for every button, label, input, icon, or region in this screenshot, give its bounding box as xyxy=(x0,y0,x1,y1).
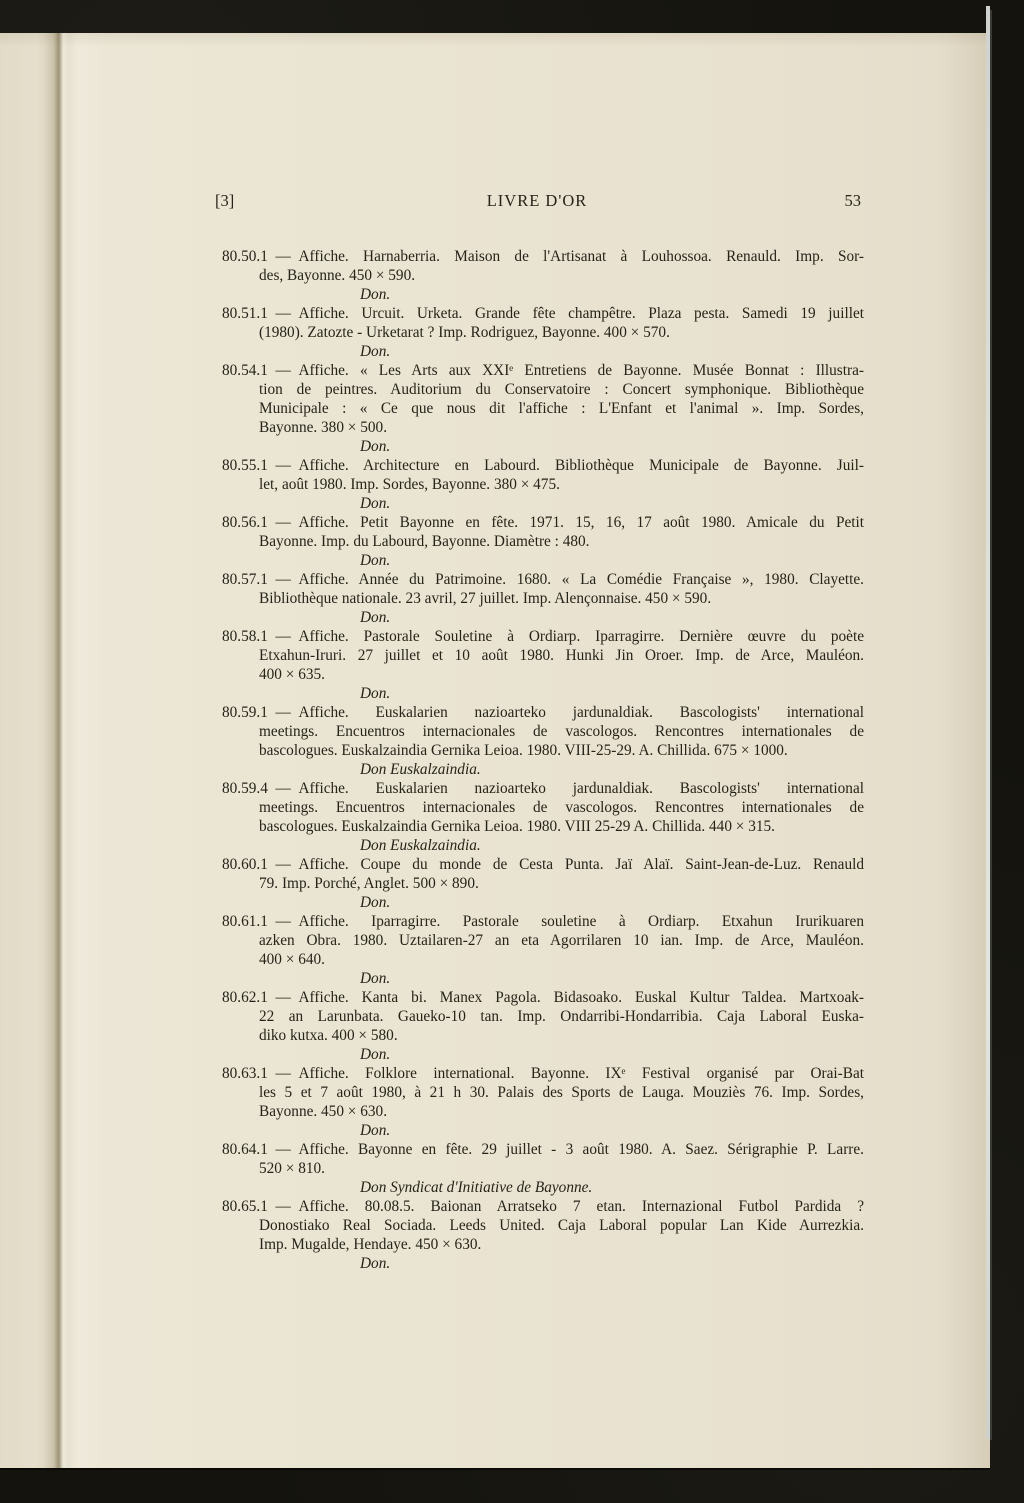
catalog-entry: 80.54.1 — Affiche. « Les Arts aux XXIᵉ E… xyxy=(222,361,864,456)
donation-note: Don. xyxy=(222,342,864,361)
entry-line: 80.56.1 — Affiche. Petit Bayonne en fête… xyxy=(222,513,864,532)
entry-line: 80.64.1 — Affiche. Bayonne en fête. 29 j… xyxy=(222,1140,864,1159)
entry-line: 79. Imp. Porché, Anglet. 500 × 890. xyxy=(222,874,864,893)
donation-note: Don. xyxy=(222,608,864,627)
entry-line: bascologues. Euskalzaindia Gernika Leioa… xyxy=(222,741,864,760)
entry-line: Bibliothèque nationale. 23 avril, 27 jui… xyxy=(222,589,864,608)
entry-line: 80.60.1 — Affiche. Coupe du monde de Ces… xyxy=(222,855,864,874)
catalog-entry: 80.57.1 — Affiche. Année du Patrimoine. … xyxy=(222,570,864,627)
entry-line: 80.51.1 — Affiche. Urcuit. Urketa. Grand… xyxy=(222,304,864,323)
catalog-entry: 80.60.1 — Affiche. Coupe du monde de Ces… xyxy=(222,855,864,912)
catalog-entry: 80.62.1 — Affiche. Kanta bi. Manex Pagol… xyxy=(222,988,864,1064)
entry-line: (1980). Zatozte - Urketarat ? Imp. Rodri… xyxy=(222,323,864,342)
catalog-entry: 80.56.1 — Affiche. Petit Bayonne en fête… xyxy=(222,513,864,570)
donation-note: Don. xyxy=(222,1254,864,1273)
catalog-entries: 80.50.1 — Affiche. Harnaberria. Maison d… xyxy=(222,247,864,1273)
page-title: LIVRE D'OR xyxy=(487,191,588,211)
book-page: [3] LIVRE D'OR 53 80.50.1 — Affiche. Har… xyxy=(0,33,990,1468)
running-head: [3] LIVRE D'OR 53 xyxy=(215,191,863,213)
entry-line: azken Obra. 1980. Uztailaren-27 an eta A… xyxy=(222,931,864,950)
entry-line: 80.58.1 — Affiche. Pastorale Souletine à… xyxy=(222,627,864,646)
entry-line: diko kutxa. 400 × 580. xyxy=(222,1026,864,1045)
donation-note: Don Euskalzaindia. xyxy=(222,836,864,855)
entry-line: les 5 et 7 août 1980, à 21 h 30. Palais … xyxy=(222,1083,864,1102)
entry-line: 80.63.1 — Affiche. Folklore internationa… xyxy=(222,1064,864,1083)
entry-line: meetings. Encuentros internacionales de … xyxy=(222,722,864,741)
entry-line: Imp. Mugalde, Hendaye. 450 × 630. xyxy=(222,1235,864,1254)
entry-line: Municipale : « Ce que nous dit l'affiche… xyxy=(222,399,864,418)
section-marker: [3] xyxy=(215,191,234,211)
entry-line: Bayonne. 450 × 630. xyxy=(222,1102,864,1121)
catalog-entry: 80.55.1 — Affiche. Architecture en Labou… xyxy=(222,456,864,513)
catalog-entry: 80.59.4 — Affiche. Euskalarien nazioarte… xyxy=(222,779,864,855)
entry-line: meetings. Encuentros internacionales de … xyxy=(222,798,864,817)
entry-line: 400 × 635. xyxy=(222,665,864,684)
donation-note: Don. xyxy=(222,551,864,570)
entry-line: 80.59.4 — Affiche. Euskalarien nazioarte… xyxy=(222,779,864,798)
donation-note: Don Euskalzaindia. xyxy=(222,760,864,779)
donation-note: Don. xyxy=(222,285,864,304)
entry-line: 80.61.1 — Affiche. Iparragirre. Pastoral… xyxy=(222,912,864,931)
catalog-entry: 80.65.1 — Affiche. 80.08.5. Baionan Arra… xyxy=(222,1197,864,1273)
donation-note: Don. xyxy=(222,969,864,988)
donation-note: Don. xyxy=(222,893,864,912)
entry-line: 22 an Larunbata. Gaueko-10 tan. Imp. Ond… xyxy=(222,1007,864,1026)
catalog-entry: 80.51.1 — Affiche. Urcuit. Urketa. Grand… xyxy=(222,304,864,361)
entry-line: 400 × 640. xyxy=(222,950,864,969)
entry-line: des, Bayonne. 450 × 590. xyxy=(222,266,864,285)
catalog-entry: 80.63.1 — Affiche. Folklore internationa… xyxy=(222,1064,864,1140)
catalog-entry: 80.58.1 — Affiche. Pastorale Souletine à… xyxy=(222,627,864,703)
page-number: 53 xyxy=(845,191,862,211)
entry-line: 520 × 810. xyxy=(222,1159,864,1178)
donation-note: Don. xyxy=(222,684,864,703)
entry-line: Bayonne. Imp. du Labourd, Bayonne. Diamè… xyxy=(222,532,864,551)
donation-note: Don Syndicat d'Initiative de Bayonne. xyxy=(222,1178,864,1197)
donation-note: Don. xyxy=(222,1121,864,1140)
page-gutter-crease xyxy=(44,33,78,1468)
catalog-entry: 80.50.1 — Affiche. Harnaberria. Maison d… xyxy=(222,247,864,304)
entry-line: bascologues. Euskalzaindia Gernika Leioa… xyxy=(222,817,864,836)
entry-line: 80.65.1 — Affiche. 80.08.5. Baionan Arra… xyxy=(222,1197,864,1216)
page-stack-edge-shadow xyxy=(990,10,992,1440)
catalog-entry: 80.61.1 — Affiche. Iparragirre. Pastoral… xyxy=(222,912,864,988)
entry-line: Bayonne. 380 × 500. xyxy=(222,418,864,437)
entry-line: let, août 1980. Imp. Sordes, Bayonne. 38… xyxy=(222,475,864,494)
entry-line: 80.62.1 — Affiche. Kanta bi. Manex Pagol… xyxy=(222,988,864,1007)
entry-line: 80.54.1 — Affiche. « Les Arts aux XXIᵉ E… xyxy=(222,361,864,380)
entry-line: tion de peintres. Auditorium du Conserva… xyxy=(222,380,864,399)
entry-line: Etxahun-Iruri. 27 juillet et 10 août 198… xyxy=(222,646,864,665)
donation-note: Don. xyxy=(222,494,864,513)
entry-line: Donostiako Real Sociada. Leeds United. C… xyxy=(222,1216,864,1235)
catalog-entry: 80.59.1 — Affiche. Euskalarien nazioarte… xyxy=(222,703,864,779)
catalog-entry: 80.64.1 — Affiche. Bayonne en fête. 29 j… xyxy=(222,1140,864,1197)
donation-note: Don. xyxy=(222,437,864,456)
entry-line: 80.59.1 — Affiche. Euskalarien nazioarte… xyxy=(222,703,864,722)
donation-note: Don. xyxy=(222,1045,864,1064)
entry-line: 80.55.1 — Affiche. Architecture en Labou… xyxy=(222,456,864,475)
entry-line: 80.50.1 — Affiche. Harnaberria. Maison d… xyxy=(222,247,864,266)
entry-line: 80.57.1 — Affiche. Année du Patrimoine. … xyxy=(222,570,864,589)
